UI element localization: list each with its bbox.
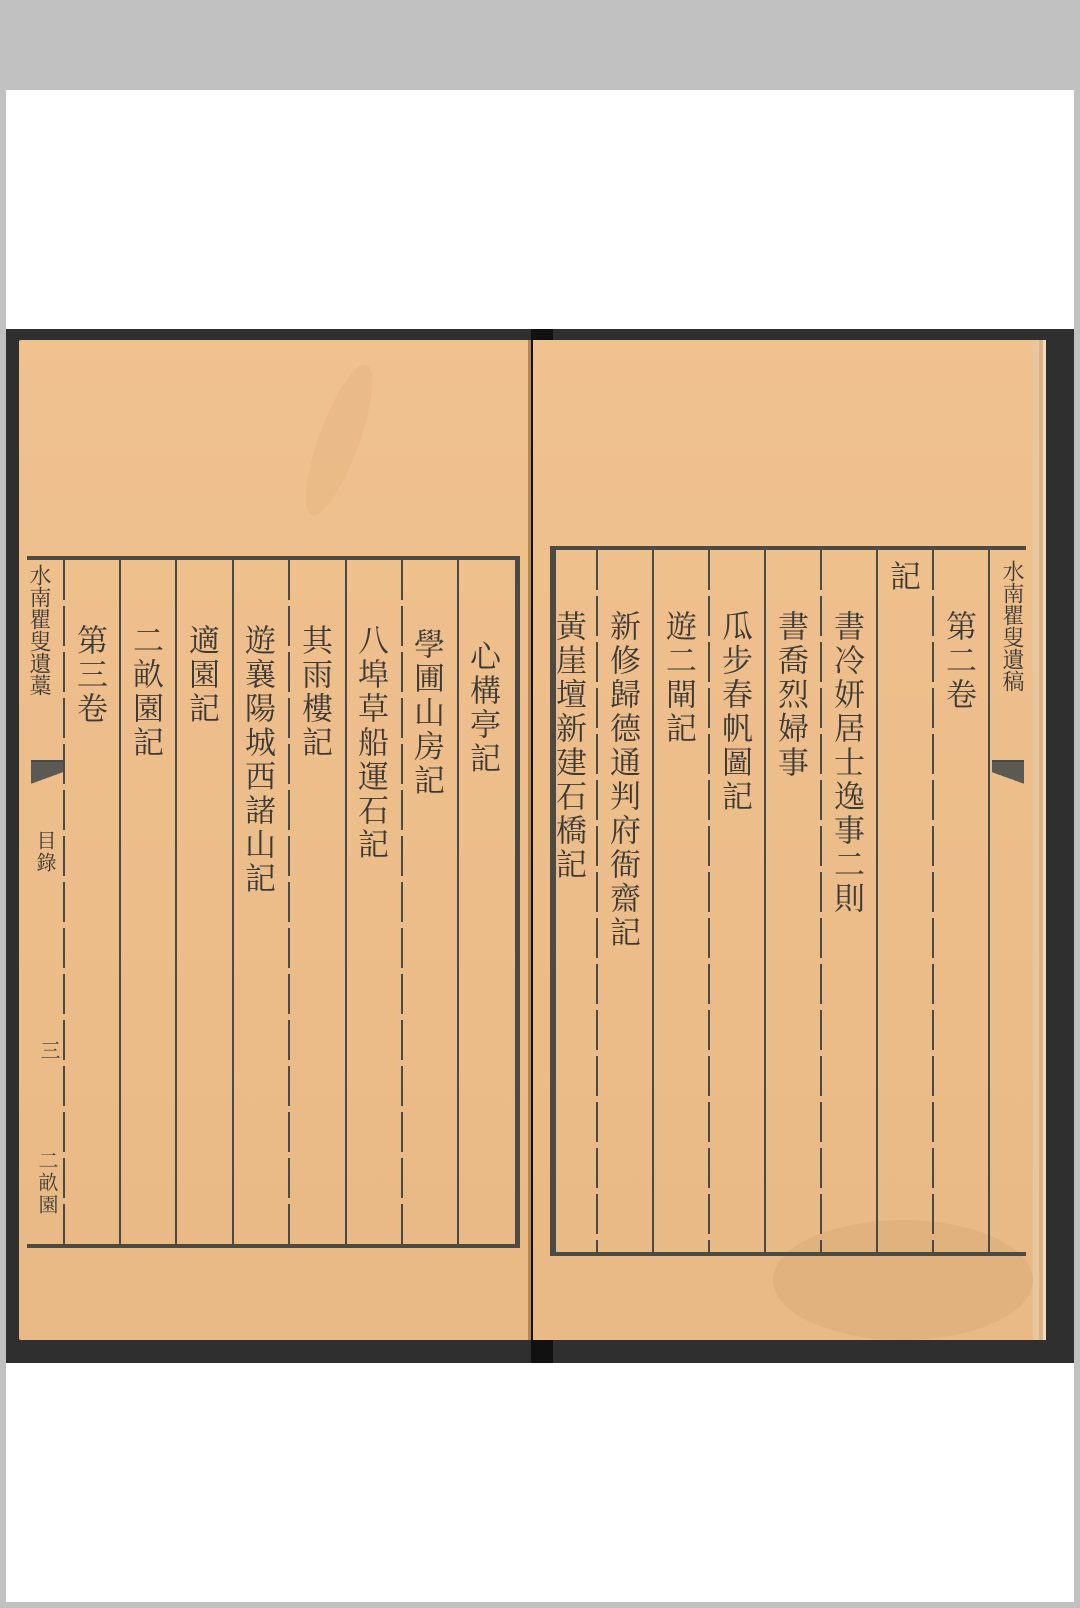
toc-entry: 書喬烈婦事 xyxy=(773,610,807,780)
column-rule xyxy=(708,550,710,1252)
toc-entry: 新修歸德通判府衙齋記 xyxy=(605,610,639,950)
left-margin-page-number: 三 xyxy=(35,1040,64,1062)
toc-entry: 八埠草船運石記 xyxy=(353,624,387,862)
left-page: 水南瞿叟遺藁 目錄 三 二畝園 心構亭記 學圃山房記 八埠草船運石記 其雨樓記 … xyxy=(19,340,531,1340)
toc-volume-heading: 第三卷 xyxy=(72,624,106,726)
column-rule xyxy=(932,550,934,1252)
column-rule xyxy=(401,560,403,1244)
left-page-frame: 水南瞿叟遺藁 目錄 三 二畝園 心構亭記 學圃山房記 八埠草船運石記 其雨樓記 … xyxy=(27,556,520,1248)
column-rule xyxy=(232,560,234,1244)
right-margin-title: 水南瞿叟遺稿 xyxy=(996,560,1027,692)
column-rule xyxy=(764,550,766,1252)
left-margin-footer: 二畝園 xyxy=(33,1150,62,1216)
toc-entry: 遊襄陽城西諸山記 xyxy=(240,624,274,896)
column-rule xyxy=(63,560,65,1244)
column-rule xyxy=(175,560,177,1244)
column-rule xyxy=(876,550,878,1252)
column-rule xyxy=(457,560,459,1244)
toc-entry: 黃崖壇新建石橋記 xyxy=(551,610,585,882)
right-page-frame: 水南瞿叟遺稿 第二卷 記 書冷妍居士逸事二則 書喬烈婦事 瓜步春帆圖記 遊二閘記… xyxy=(550,546,1026,1256)
column-rule xyxy=(652,550,654,1252)
left-margin-title: 水南瞿叟遺藁 xyxy=(23,564,54,696)
viewer-canvas-bottom xyxy=(6,1363,1074,1602)
left-margin-section: 目錄 xyxy=(31,830,60,874)
toc-category: 記 xyxy=(885,560,919,594)
column-rule xyxy=(288,560,290,1244)
column-rule xyxy=(988,550,990,1252)
column-rule xyxy=(596,550,598,1252)
paper-stain xyxy=(293,358,385,522)
column-rule xyxy=(345,560,347,1244)
toc-entry: 二畝園記 xyxy=(128,624,162,760)
toc-entry: 適園記 xyxy=(184,624,218,726)
right-page: 水南瞿叟遺稿 第二卷 記 書冷妍居士逸事二則 書喬烈婦事 瓜步春帆圖記 遊二閘記… xyxy=(533,340,1039,1340)
toc-entry: 學圃山房記 xyxy=(409,628,443,798)
column-rule xyxy=(119,560,121,1244)
toc-entry: 其雨樓記 xyxy=(297,624,331,760)
column-rule xyxy=(820,550,822,1252)
viewer-top-bar xyxy=(0,0,1080,90)
toc-volume-heading: 第二卷 xyxy=(941,610,975,712)
book-scan-image: 水南瞿叟遺藁 目錄 三 二畝園 心構亭記 學圃山房記 八埠草船運石記 其雨樓記 … xyxy=(6,329,1074,1363)
toc-entry: 書冷妍居士逸事二則 xyxy=(829,610,863,916)
fishtail-icon xyxy=(31,760,63,790)
toc-entry: 瓜步春帆圖記 xyxy=(717,610,751,814)
fishtail-icon xyxy=(992,760,1024,790)
toc-entry: 心構亭記 xyxy=(465,640,499,776)
toc-entry: 遊二閘記 xyxy=(661,610,695,746)
page-fold xyxy=(528,340,531,1340)
